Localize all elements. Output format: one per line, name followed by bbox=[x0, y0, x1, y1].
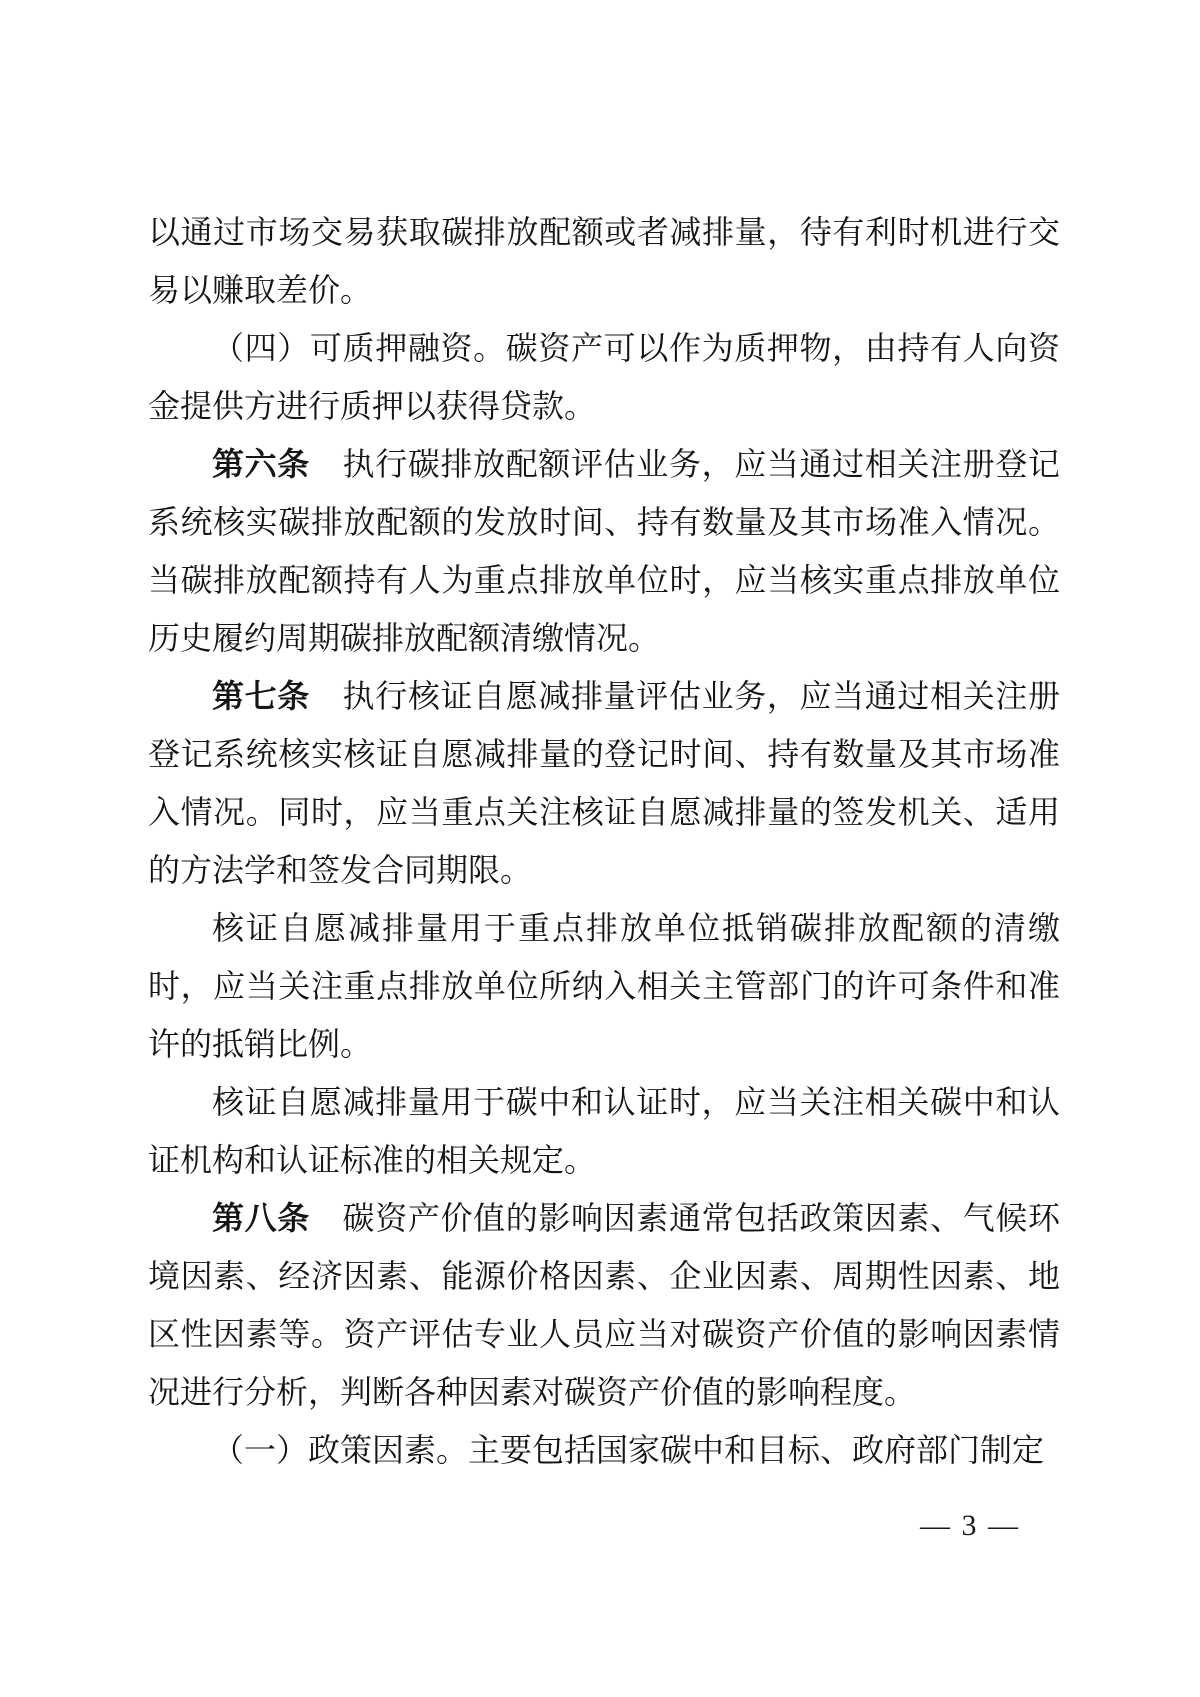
paragraph: 第八条 碳资产价值的影响因素通常包括政策因素、气候环境因素、经济因素、能源价格因… bbox=[148, 1189, 1060, 1421]
article-number: 第六条 bbox=[212, 446, 310, 482]
paragraph: 以通过市场交易获取碳排放配额或者减排量，待有利时机进行交易以赚取差价。 bbox=[148, 203, 1060, 319]
paragraph-text: （四）可质押融资。碳资产可以作为质押物，由持有人向资金提供方进行质押以获得贷款。 bbox=[148, 330, 1060, 424]
paragraph: 第六条 执行碳排放配额评估业务，应当通过相关注册登记系统核实碳排放配额的发放时间… bbox=[148, 435, 1060, 667]
paragraph-text: （一）政策因素。主要包括国家碳中和目标、政府部门制定 bbox=[212, 1432, 1044, 1468]
paragraph: （四）可质押融资。碳资产可以作为质押物，由持有人向资金提供方进行质押以获得贷款。 bbox=[148, 319, 1060, 435]
article-number: 第八条 bbox=[212, 1200, 310, 1236]
paragraph-text: 以通过市场交易获取碳排放配额或者减排量，待有利时机进行交易以赚取差价。 bbox=[148, 214, 1060, 308]
paragraph: 第七条 执行核证自愿减排量评估业务，应当通过相关注册登记系统核实核证自愿减排量的… bbox=[148, 667, 1060, 899]
text-body: 以通过市场交易获取碳排放配额或者减排量，待有利时机进行交易以赚取差价。 （四）可… bbox=[148, 203, 1060, 1479]
document-page: 以通过市场交易获取碳排放配额或者减排量，待有利时机进行交易以赚取差价。 （四）可… bbox=[0, 0, 1200, 1697]
paragraph: （一）政策因素。主要包括国家碳中和目标、政府部门制定 bbox=[148, 1421, 1060, 1479]
paragraph: 核证自愿减排量用于重点排放单位抵销碳排放配额的清缴时，应当关注重点排放单位所纳入… bbox=[148, 899, 1060, 1073]
paragraph: 核证自愿减排量用于碳中和认证时，应当关注相关碳中和认证机构和认证标准的相关规定。 bbox=[148, 1073, 1060, 1189]
paragraph-text: 核证自愿减排量用于重点排放单位抵销碳排放配额的清缴时，应当关注重点排放单位所纳入… bbox=[148, 910, 1060, 1062]
paragraph-text: 核证自愿减排量用于碳中和认证时，应当关注相关碳中和认证机构和认证标准的相关规定。 bbox=[148, 1084, 1060, 1178]
page-number: — 3 — bbox=[920, 1506, 1020, 1546]
article-number: 第七条 bbox=[212, 678, 310, 714]
